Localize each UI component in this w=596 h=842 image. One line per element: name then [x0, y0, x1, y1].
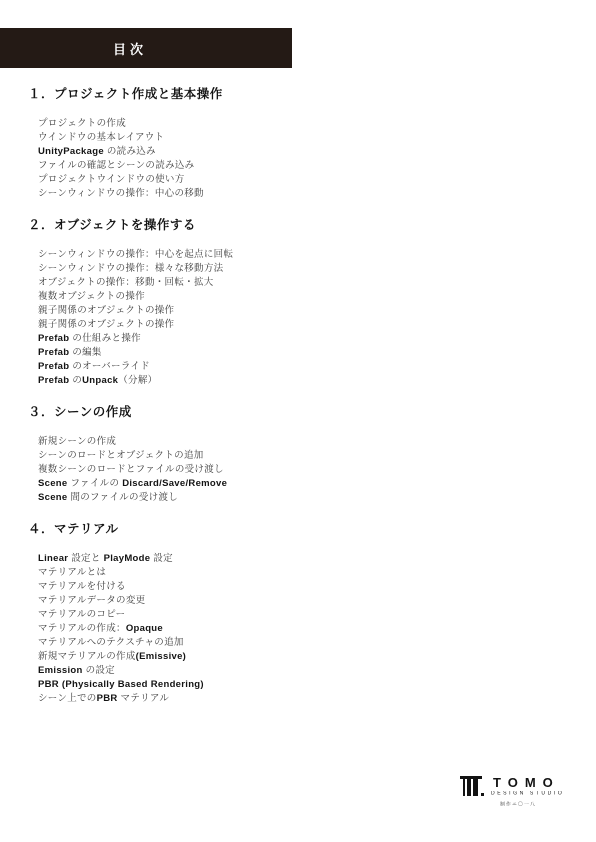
page-title: 目次 [113, 39, 147, 58]
toc-item: 親子関係のオブジェクトの操作 [38, 318, 368, 332]
page-title-bar: 目次 [0, 28, 292, 68]
toc-item: シーン上でのPBR マテリアル [38, 692, 368, 706]
section-number: ２． [28, 218, 54, 232]
toc-item: Prefab のUnpack（分解） [38, 374, 368, 388]
toc-item: Linear 設定と PlayMode 設定 [38, 552, 368, 566]
toc-item: シーンウィンドウの操作：中心を起点に回転 [38, 248, 368, 262]
section-heading: ４．マテリアル [28, 522, 368, 536]
toc-item: Scene 間のファイルの受け渡し [38, 491, 368, 505]
toc-item: ウインドウの基本レイアウト [38, 131, 368, 145]
toc-item: オブジェクトの操作：移動・回転・拡大 [38, 276, 368, 290]
section-title: プロジェクト作成と基本操作 [54, 87, 223, 101]
toc-item: Prefab の仕組みと操作 [38, 332, 368, 346]
studio-logo: TOMO DESIGN STUDIO 制作ニ〇一八 [460, 774, 580, 814]
toc-item: ファイルの確認とシーンの読み込み [38, 159, 368, 173]
toc-sections: １．プロジェクト作成と基本操作 プロジェクトの作成ウインドウの基本レイアウトUn… [28, 87, 368, 706]
toc-item: Scene ファイルの Discard/Save/Remove [38, 477, 368, 491]
section-items: 新規シーンの作成シーンのロードとオブジェクトの追加複数シーンのロードとファイルの… [28, 435, 368, 505]
toc-item: Emission の設定 [38, 664, 368, 678]
toc-item: マテリアルの作成：Opaque [38, 622, 368, 636]
toc-item: マテリアルを付ける [38, 580, 368, 594]
toc-item: マテリアルとは [38, 566, 368, 580]
toc-item: マテリアルへのテクスチャの追加 [38, 636, 368, 650]
toc-item: プロジェクトウインドウの使い方 [38, 173, 368, 187]
toc-item: シーンウィンドウの操作：中心の移動 [38, 187, 368, 201]
toc-item: マテリアルのコピー [38, 608, 368, 622]
section-heading: ２．オブジェクトを操作する [28, 218, 368, 232]
toc-item: 新規マテリアルの作成(Emissive) [38, 650, 368, 664]
toc-item: 複数シーンのロードとファイルの受け渡し [38, 463, 368, 477]
section-heading: １．プロジェクト作成と基本操作 [28, 87, 368, 101]
section-number: １． [28, 87, 54, 101]
section-items: Linear 設定と PlayMode 設定マテリアルとはマテリアルを付けるマテ… [28, 552, 368, 706]
toc-item: UnityPackage の読み込み [38, 145, 368, 159]
barcode-logo-icon [460, 776, 486, 800]
logo-tagline: 制作ニ〇一八 [500, 800, 536, 807]
toc-section: １．プロジェクト作成と基本操作 プロジェクトの作成ウインドウの基本レイアウトUn… [28, 87, 368, 201]
toc-item: プロジェクトの作成 [38, 117, 368, 131]
toc-item: マテリアルデータの変更 [38, 594, 368, 608]
logo-name: TOMO [493, 775, 560, 790]
toc-item: Prefab のオーバーライド [38, 360, 368, 374]
toc-section: ４．マテリアル Linear 設定と PlayMode 設定マテリアルとはマテリ… [28, 522, 368, 706]
toc-item: シーンウィンドウの操作：様々な移動方法 [38, 262, 368, 276]
section-title: シーンの作成 [54, 405, 132, 419]
toc-section: ２．オブジェクトを操作する シーンウィンドウの操作：中心を起点に回転シーンウィン… [28, 218, 368, 388]
toc-item: 親子関係のオブジェクトの操作 [38, 304, 368, 318]
toc-item: 複数オブジェクトの操作 [38, 290, 368, 304]
section-heading: ３．シーンの作成 [28, 405, 368, 419]
toc-section: ３．シーンの作成 新規シーンの作成シーンのロードとオブジェクトの追加複数シーンの… [28, 405, 368, 505]
section-title: マテリアル [54, 522, 119, 536]
toc-item: シーンのロードとオブジェクトの追加 [38, 449, 368, 463]
section-items: プロジェクトの作成ウインドウの基本レイアウトUnityPackage の読み込み… [28, 117, 368, 201]
section-number: ４． [28, 522, 54, 536]
section-items: シーンウィンドウの操作：中心を起点に回転シーンウィンドウの操作：様々な移動方法オ… [28, 248, 368, 388]
logo-subtitle: DESIGN STUDIO [491, 791, 564, 796]
toc-item: Prefab の編集 [38, 346, 368, 360]
toc-item: 新規シーンの作成 [38, 435, 368, 449]
toc-item: PBR (Physically Based Rendering) [38, 678, 368, 692]
section-number: ３． [28, 405, 54, 419]
section-title: オブジェクトを操作する [54, 218, 196, 232]
